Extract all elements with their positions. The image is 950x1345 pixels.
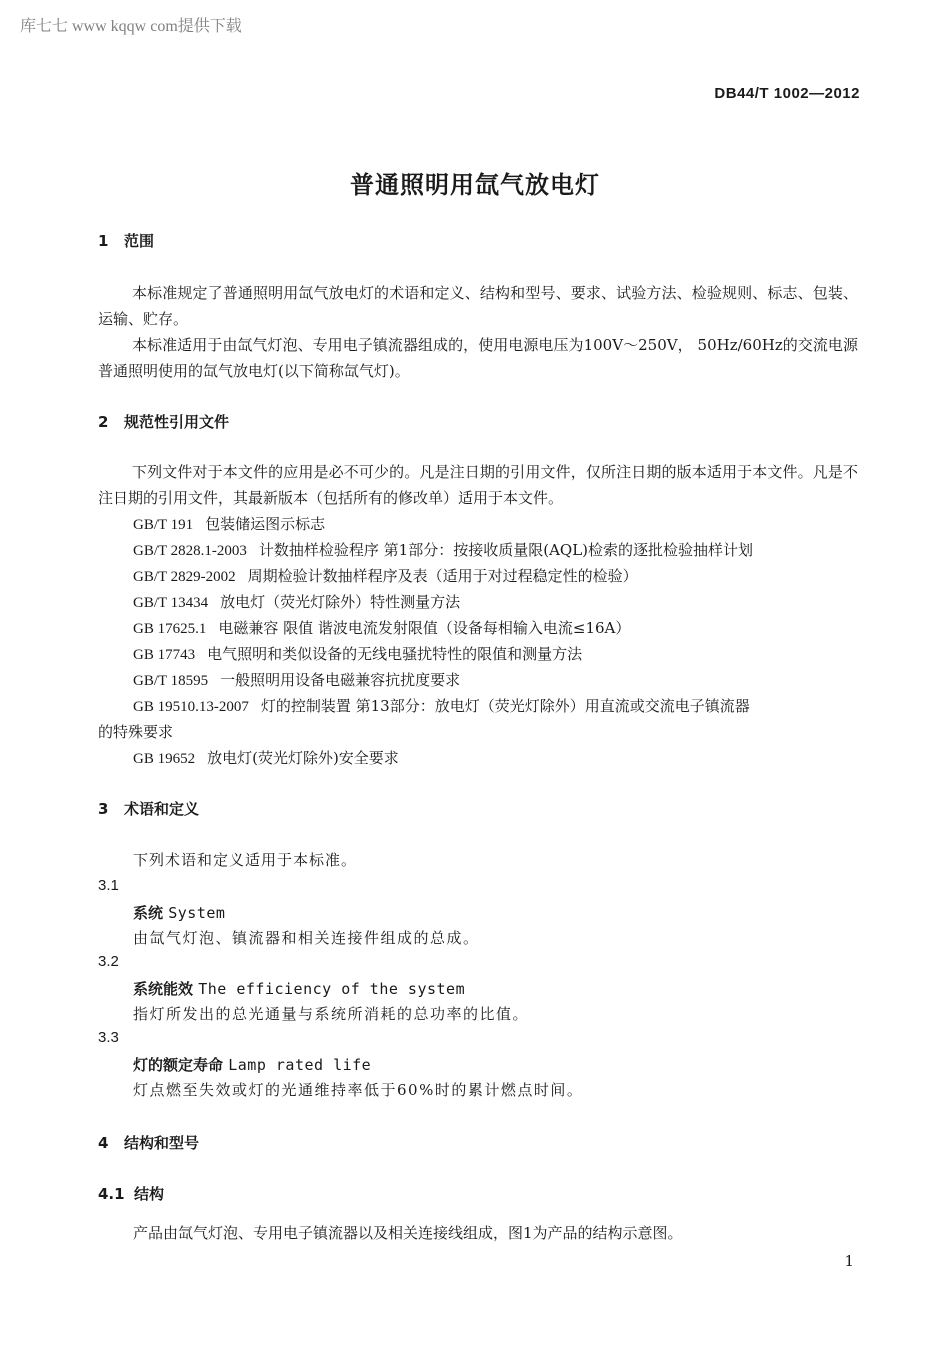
reference-title: 电磁兼容 限值 谐波电流发射限值（设备每相输入电流≤16A） xyxy=(218,619,630,637)
reference-code: GB 19652 xyxy=(133,751,195,767)
reference-title: 灯的控制装置 第13部分：放电灯（荧光灯除外）用直流或交流电子镇流器 xyxy=(261,697,750,715)
reference-code: GB/T 2828.1-2003 xyxy=(133,543,247,559)
section-3-heading: 3术语和定义 xyxy=(98,798,199,819)
reference-title: 计数抽样检验程序 第1部分：按接收质量限(AQL)检索的逐批检验抽样计划 xyxy=(259,541,753,559)
paragraph: 本标准适用于由氙气灯泡、专用电子镇流器组成的，使用电源电压为100V～250V，… xyxy=(98,332,858,384)
reference-code: GB 19510.13-2007 xyxy=(133,699,249,715)
reference-item: GB 17625.1电磁兼容 限值 谐波电流发射限值（设备每相输入电流≤16A） xyxy=(133,615,630,642)
section-number: 1 xyxy=(98,232,124,250)
reference-item: GB 17743电气照明和类似设备的无线电骚扰特性的限值和测量方法 xyxy=(133,641,582,668)
term-name-en: Lamp rated life xyxy=(228,1056,371,1074)
term-name-en: The efficiency of the system xyxy=(198,980,465,998)
subsection-title: 结构 xyxy=(134,1185,164,1203)
section-number: 2 xyxy=(98,413,124,431)
section-2-heading: 2规范性引用文件 xyxy=(98,411,229,432)
reference-item: GB 19652放电灯(荧光灯除外)安全要求 xyxy=(133,745,399,772)
term-definition: 灯点燃至失效或灯的光通维持率低于60%时的累计燃点时间。 xyxy=(133,1079,583,1100)
page-number: 1 xyxy=(844,1252,854,1270)
term-definition: 由氙气灯泡、镇流器和相关连接件组成的总成。 xyxy=(133,927,480,948)
subsection-4-1-heading: 4.1结构 xyxy=(98,1183,164,1204)
term-definition: 指灯所发出的总光通量与系统所消耗的总功率的比值。 xyxy=(133,1003,529,1024)
reference-item: GB/T 13434放电灯（荧光灯除外）特性测量方法 xyxy=(133,589,460,616)
reference-title: 电气照明和类似设备的无线电骚扰特性的限值和测量方法 xyxy=(207,645,582,663)
page-title: 普通照明用氙气放电灯 xyxy=(0,165,950,200)
section-title: 范围 xyxy=(124,232,154,250)
reference-item: GB/T 191包装储运图示标志 xyxy=(133,511,325,538)
term-name-cn: 系统能效 xyxy=(133,980,193,998)
reference-continuation: 的特殊要求 xyxy=(98,719,173,745)
watermark-text: 库七七 www kqqw com提供下载 xyxy=(20,13,242,36)
subsection-number: 4.1 xyxy=(98,1185,134,1203)
term-number: 3.2 xyxy=(98,953,119,970)
reference-item: GB/T 18595一般照明用设备电磁兼容抗扰度要求 xyxy=(133,667,460,694)
term-number: 3.3 xyxy=(98,1029,119,1046)
paragraph: 下列术语和定义适用于本标准。 xyxy=(133,847,357,873)
section-1-heading: 1范围 xyxy=(98,230,154,251)
reference-code: GB/T 191 xyxy=(133,517,193,533)
section-4-heading: 4结构和型号 xyxy=(98,1132,199,1153)
term-number: 3.1 xyxy=(98,877,119,894)
section-title: 结构和型号 xyxy=(124,1134,199,1152)
reference-title: 一般照明用设备电磁兼容抗扰度要求 xyxy=(220,671,460,689)
reference-code: GB/T 2829-2002 xyxy=(133,569,236,585)
document-number: DB44/T 1002—2012 xyxy=(714,85,860,102)
reference-item: GB/T 2829-2002周期检验计数抽样程序及表（适用于对过程稳定性的检验） xyxy=(133,563,638,590)
reference-item: GB/T 2828.1-2003计数抽样检验程序 第1部分：按接收质量限(AQL… xyxy=(133,537,753,564)
term-name: 系统能效 The efficiency of the system xyxy=(133,978,465,999)
reference-code: GB 17625.1 xyxy=(133,621,206,637)
term-name: 灯的额定寿命 Lamp rated life xyxy=(133,1054,371,1075)
term-name-cn: 灯的额定寿命 xyxy=(133,1056,223,1074)
reference-title: 周期检验计数抽样程序及表（适用于对过程稳定性的检验） xyxy=(248,567,638,585)
reference-title: 包装储运图示标志 xyxy=(205,515,325,533)
term-name: 系统 System xyxy=(133,902,225,923)
reference-title: 放电灯(荧光灯除外)安全要求 xyxy=(207,749,399,767)
reference-code: GB 17743 xyxy=(133,647,195,663)
term-name-en: System xyxy=(168,904,225,922)
reference-code: GB/T 13434 xyxy=(133,595,208,611)
section-number: 3 xyxy=(98,800,124,818)
reference-code: GB/T 18595 xyxy=(133,673,208,689)
section-title: 术语和定义 xyxy=(124,800,199,818)
reference-title: 放电灯（荧光灯除外）特性测量方法 xyxy=(220,593,460,611)
paragraph: 下列文件对于本文件的应用是必不可少的。凡是注日期的引用文件，仅所注日期的版本适用… xyxy=(98,459,858,511)
paragraph: 本标准规定了普通照明用氙气放电灯的术语和定义、结构和型号、要求、试验方法、检验规… xyxy=(98,280,858,332)
paragraph: 产品由氙气灯泡、专用电子镇流器以及相关连接线组成，图1为产品的结构示意图。 xyxy=(133,1220,683,1246)
section-title: 规范性引用文件 xyxy=(124,413,229,431)
term-name-cn: 系统 xyxy=(133,904,163,922)
reference-item: GB 19510.13-2007灯的控制装置 第13部分：放电灯（荧光灯除外）用… xyxy=(133,693,750,720)
section-number: 4 xyxy=(98,1134,124,1152)
